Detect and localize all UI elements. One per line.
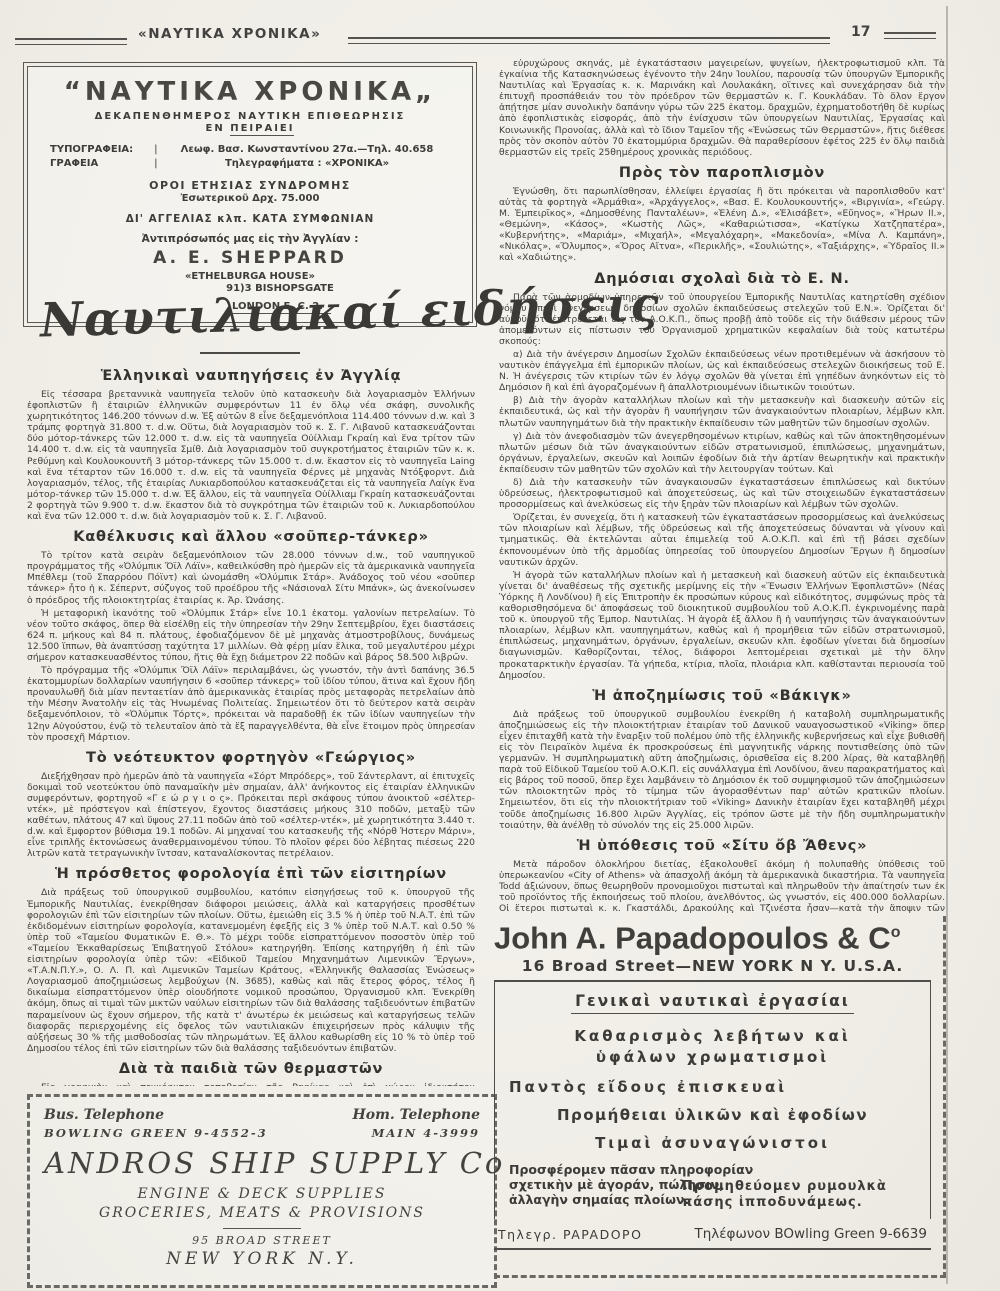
masthead-title: “ΝΑΥΤΙΚΑ ΧΡΟΝΙΚΑ„ xyxy=(34,77,466,107)
article-paragraph: δ) Διὰ τὴν κατασκευὴν τῶν ἀναγκαιουσῶν ἐ… xyxy=(499,477,945,510)
masthead-location-prefix: ΕΝ xyxy=(206,123,225,134)
masthead-subtitle: ΔΕΚΑΠΕΝΘΗΜΕΡΟΣ ΝΑΥΤΙΚΗ ΕΠΙΘΕΩΡΗΣΙΣ xyxy=(34,111,466,122)
papadopoulos-tagline: Γενικαὶ ναυτικαὶ ἐργασίαι xyxy=(571,992,854,1014)
papadopoulos-service-prices: Τιμαὶ ἀσυναγώνιστοι xyxy=(509,1134,916,1152)
papadopoulos-footer: Τηλεγρ. PAPADOPO Τηλέφωνον BOwling Green… xyxy=(494,1219,931,1248)
papadopoulos-phone: Τηλέφωνον BOwling Green 9-6639 xyxy=(694,1226,927,1242)
masthead-contact-rows: ΤΥΠΟΓΡΑΦΕΙΑ: | Λεωφ. Βασ. Κωνσταντίνου 2… xyxy=(50,143,450,171)
header-rule-middle xyxy=(348,37,830,44)
papadopoulos-ad: John A. Papadopoulos & Co 16 Broad Stree… xyxy=(494,916,946,1278)
andros-provisions-line: GROCERIES, MEATS & PROVISIONS xyxy=(44,1205,480,1221)
article-paragraph: Διεξήχθησαν πρὸ ἡμερῶν ἀπὸ τὰ ναυπηγεῖα … xyxy=(27,771,475,860)
article-paragraph: Ἡ μεταφορικὴ ἱκανότης τοῦ «Ὀλύμπικ Στάρ»… xyxy=(27,608,475,663)
masthead-subscription-price: Ἐσωτερικοῦ Δρχ. 75.000 xyxy=(34,193,466,204)
andros-bus-phone-value: BOWLING GREEN 9-4552-3 xyxy=(44,1126,268,1140)
papadopoulos-services-box: Γενικαὶ ναυτικαὶ ἐργασίαι Καθαρισμὸς λεβ… xyxy=(494,982,931,1219)
article-paragraph: Μετὰ πάροδον ὁλοκλήρου διετίας, ἐξακολου… xyxy=(499,859,945,914)
masthead-brace: | xyxy=(154,143,164,157)
article-paragraph: Τὸ πρόγραμμα τῆς «Ὀλύμπικ Ὄϊλ Λάϊν» περι… xyxy=(27,665,475,743)
masthead-telegraph-value: Τηλεγραφήματα : «ΧΡΟΝΙΚΑ» xyxy=(164,157,450,171)
masthead-office-label: ΓΡΑΦΕΙΑ xyxy=(50,157,154,171)
header-brand: «ΝΑΥΤΙΚΑ ΧΡΟΝΙΚΑ» xyxy=(138,26,321,42)
masthead-representative-line: Ἀντιπρόσωπός μας εἰς τὴν Ἀγγλίαν : xyxy=(34,233,466,245)
article-heading: Ἑλληνικαὶ ναυπηγήσεις ἐν Ἀγγλίᾳ xyxy=(27,368,475,385)
page-edge-line xyxy=(946,6,948,1284)
andros-company-name: ANDROS SHIP SUPPLY Co xyxy=(44,1146,480,1180)
masthead-rep-address-1: «ETHELBURGA HOUSE» xyxy=(34,271,466,282)
andros-ship-supply-ad: Bus. Telephone Hom. Telephone BOWLING GR… xyxy=(27,1094,497,1288)
article-paragraph: β) Διὰ τὴν ἀγορὰν καταλλήλων πλοίων καὶ … xyxy=(499,395,945,428)
andros-divider xyxy=(223,1228,301,1229)
article-paragraph: α) Διὰ τὴν ἀνέγερσιν Δημοσίων Σχολῶν ἐκπ… xyxy=(499,349,945,393)
papadopoulos-service-repairs: Παντὸς εἴδους ἐπισκευαὶ xyxy=(509,1078,916,1096)
papadopoulos-name-text: John A. Papadopoulos & C xyxy=(494,920,891,955)
article-heading: Δημόσιαι σχολαὶ διὰ τὸ Ε. Ν. xyxy=(499,271,945,288)
article-paragraph: Διὰ πράξεως τοῦ ὑπουργικοῦ συμβουλίου, κ… xyxy=(27,887,475,1053)
papadopoulos-note-tugs: Προμηθεύομεν ρυμουλκὰ πάσης ἱπποδυνάμεως… xyxy=(682,1179,912,1211)
papadopoulos-address: 16 Broad Street—NEW YORK N Y. U.S.A. xyxy=(494,955,931,982)
article-paragraph: Ὁρίζεται, ἐν συνεχείᾳ, ὅτι ἡ κατασκευὴ τ… xyxy=(499,512,945,567)
papadopoulos-service-cleaning: Καθαρισμὸς λεβήτων καὶ ὑφάλων χρωματισμο… xyxy=(563,1026,863,1068)
andros-street-address: 95 BROAD STREET xyxy=(44,1234,480,1247)
article-paragraph: εὐρυχώρους σκηνάς, μὲ ἐγκατάστασιν μαγει… xyxy=(499,58,945,158)
masthead-brace: | xyxy=(154,157,164,171)
header-rule-left xyxy=(15,38,127,45)
page-number: 17 xyxy=(851,24,870,40)
section-title-underline xyxy=(200,352,300,354)
masthead-subscription-heading: ΟΡΟΙ ΕΤΗΣΙΑΣ ΣΥΝΔΡΟΜΗΣ xyxy=(34,179,466,192)
article-paragraph: Παρὰ τῶν ἁρμοδίων ὑπηρεσιῶν τοῦ ὑπουργεί… xyxy=(499,292,945,347)
masthead-representative-name: A. E. SHEPPARD xyxy=(34,248,466,268)
andros-home-phone-value: MAIN 4-3999 xyxy=(372,1126,480,1140)
papadopoulos-company-name: John A. Papadopoulos & Co xyxy=(494,916,931,955)
right-column: εὐρυχώρους σκηνάς, μὲ ἐγκατάστασιν μαγει… xyxy=(499,58,945,914)
papadopoulos-telegraph: Τηλεγρ. PAPADOPO xyxy=(498,1227,642,1242)
masthead-print-label: ΤΥΠΟΓΡΑΦΕΙΑ: xyxy=(50,143,154,157)
article-paragraph: Τὸ τρίτον κατὰ σειρὰν δεξαμενόπλοιον τῶν… xyxy=(27,550,475,605)
masthead-location: ΕΝ ΠΕΙΡΑΙΕΙ xyxy=(34,123,466,134)
article-heading: Διὰ τὰ παιδιὰ τῶν θερμαστῶν xyxy=(27,1061,475,1078)
article-paragraph: Ἡ ἀγορὰ τῶν καταλλήλων πλοίων καὶ ἡ μετα… xyxy=(499,570,945,681)
left-column: Ἑλληνικαὶ ναυπηγήσεις ἐν Ἀγγλίᾳ Εἰς τέσσ… xyxy=(27,368,475,1086)
article-paragraph: Εἰς τέσσαρα βρεταννικὰ ναυπηγεῖα τελοῦν … xyxy=(27,389,475,522)
article-heading: Τὸ νεότευκτον φορτηγὸν «Γεώργιος» xyxy=(27,750,475,767)
section-title-calligraphy: Ναυτιλιακαί ειδήσεις xyxy=(39,283,460,349)
andros-bus-phone-label: Bus. Telephone xyxy=(44,1107,164,1123)
article-heading: Ἡ ἀποζημίωσις τοῦ «Βάκιγκ» xyxy=(499,688,945,705)
andros-home-phone-label: Hom. Telephone xyxy=(353,1107,480,1123)
andros-supplies-line: ENGINE & DECK SUPPLIES xyxy=(44,1186,480,1202)
article-heading: Πρὸς τὸν παροπλισμὸν xyxy=(499,165,945,182)
article-paragraph: γ) Διὰ τὸν ἀνεφοδιασμὸν τῶν ἀνεγερθησομέ… xyxy=(499,431,945,475)
papadopoulos-service-supplies: Προμήθειαι ὑλικῶν καὶ ἐφοδίων xyxy=(509,1106,916,1124)
papadopoulos-name-superscript: o xyxy=(891,924,901,941)
article-paragraph: Εἰς γραφικὴν καὶ πευκόφυτον τοποθεσίαν τ… xyxy=(27,1082,475,1086)
article-heading: Καθέλκυσις καὶ ἄλλου «σοῦπερ-τάνκερ» xyxy=(27,529,475,546)
andros-city-address: NEW YORK N.Y. xyxy=(44,1249,480,1269)
masthead-ads-line: ΔΙ' ΑΓΓΕΛΙΑΣ κλπ. ΚΑΤΑ ΣΥΜΦΩΝΙΑΝ xyxy=(34,213,466,225)
article-paragraph: Ἐγνώσθη, ὅτι παρωπλίσθησαν, ἐλλείψει ἐργ… xyxy=(499,186,945,264)
masthead-print-value: Λεωφ. Βασ. Κωνσταντίνου 27α.—Τηλ. 40.658 xyxy=(164,143,450,157)
magazine-page: «ΝΑΥΤΙΚΑ ΧΡΟΝΙΚΑ» 17 “ΝΑΥΤΙΚΑ ΧΡΟΝΙΚΑ„ Δ… xyxy=(0,0,1000,1291)
article-heading: Ἡ πρόσθετος φορολογία ἐπὶ τῶν εἰσιτηρίων xyxy=(27,866,475,883)
article-heading: Ἡ ὑπόθεσις τοῦ «Σίτυ ὄβ Ἄθενς» xyxy=(499,838,945,855)
article-paragraph: Διὰ πράξεως τοῦ ὑπουργικοῦ συμβουλίου ἐν… xyxy=(499,709,945,831)
masthead-location-city: ΠΕΙΡΑΙΕΙ xyxy=(230,123,294,136)
header-rule-right xyxy=(884,32,936,39)
